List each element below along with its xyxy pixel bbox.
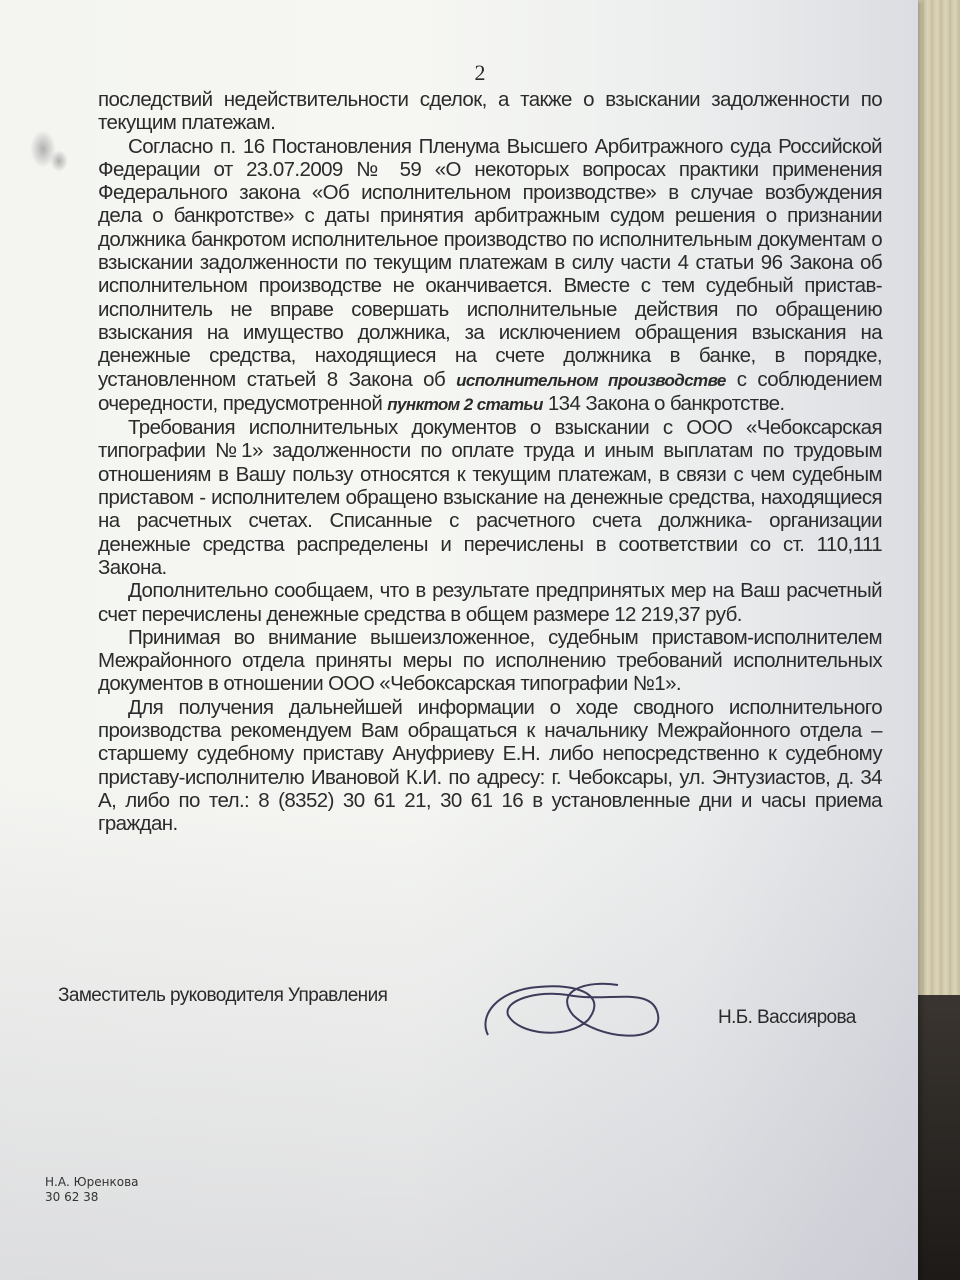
executor-phone: 30 62 38 <box>45 1190 139 1205</box>
paragraph-2-text: Согласно п. 16 Постановления Пленума Выс… <box>98 135 882 391</box>
table-surface-dark <box>915 995 960 1280</box>
handwritten-signature-icon <box>478 975 678 1045</box>
signature-block: Заместитель руководителя Управления Н.Б.… <box>58 985 898 1045</box>
paragraph-2-italic-b: пунктом 2 статьи <box>387 395 543 414</box>
table-surface-wood <box>915 0 960 1000</box>
executor-info: Н.А. Юренкова 30 62 38 <box>45 1175 139 1205</box>
page-number: 2 <box>0 60 960 86</box>
paragraph-1: последствий недействительности сделок, а… <box>98 88 882 135</box>
paragraph-3: Требования исполнительных документов о в… <box>98 416 882 579</box>
signatory-title: Заместитель руководителя Управления <box>58 985 387 1007</box>
document-page: 2 последствий недействительности сделок,… <box>0 0 918 1280</box>
paragraph-5: Принимая во внимание вышеизложенное, суд… <box>98 626 882 696</box>
executor-name: Н.А. Юренкова <box>45 1175 139 1190</box>
paragraph-2-italic: исполнительном производстве <box>456 371 726 390</box>
letter-body: последствий недействительности сделок, а… <box>98 88 882 836</box>
paragraph-6: Для получения дальнейшей информации о хо… <box>98 696 882 836</box>
ink-blot <box>50 150 68 172</box>
paragraph-4: Дополнительно сообщаем, что в результате… <box>98 579 882 626</box>
signatory-name: Н.Б. Вассиярова <box>718 1007 856 1029</box>
paragraph-2-text-c: 134 Закона о банкротстве. <box>543 392 785 415</box>
paragraph-2: Согласно п. 16 Постановления Пленума Выс… <box>98 135 882 417</box>
